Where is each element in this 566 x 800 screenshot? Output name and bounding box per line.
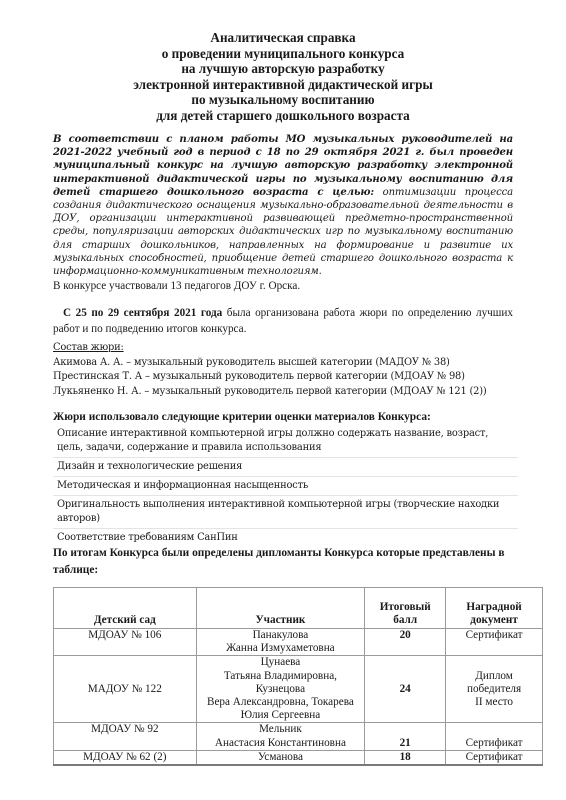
participant-line: Панакулова: [199, 629, 363, 642]
jury-member: Престинская Т. А – музыкальный руководит…: [53, 370, 523, 385]
criteria-item: Дизайн и технологические решения: [53, 458, 518, 477]
intro-paragraph: В соответствии с планом работы МО музыка…: [53, 133, 513, 278]
award-line: Диплом победителя: [448, 670, 540, 696]
participant-line: Мельник: [199, 723, 363, 736]
cell-kindergarten: МДОАУ № 92: [54, 723, 197, 750]
cell-score: 18: [365, 750, 446, 765]
award-line: II место: [448, 696, 540, 709]
participant-line: Кузнецова: [199, 683, 363, 696]
results-table: Детский сад Участник Итоговый балл Награ…: [53, 587, 543, 766]
table-header-row: Детский сад Участник Итоговый балл Награ…: [54, 588, 543, 629]
participant-line: Цунаева: [199, 656, 363, 669]
cell-score: 21: [365, 723, 446, 750]
header-participant: Участник: [196, 588, 365, 629]
results-title: По итогам Конкурса были определены дипло…: [53, 545, 518, 578]
header-award: Наградной документ: [446, 588, 543, 629]
jury-member: Лукьяненко Н. А. – музыкальный руководит…: [53, 385, 523, 400]
criteria-list: Описание интерактивной компьютерной игры…: [53, 425, 518, 547]
cell-participant: ЦунаеваТатьяна Владимировна,КузнецоваВер…: [196, 656, 365, 723]
title-line: для детей старшего дошкольного возраста: [60, 108, 506, 124]
award-line: Сертификат: [448, 629, 540, 642]
participant-line: Анастасия Константиновна: [199, 737, 363, 750]
document-page: Аналитическая справка о проведении муниц…: [0, 0, 566, 800]
criteria-item: Описание интерактивной компьютерной игры…: [53, 425, 518, 458]
intro-goal: оптимизации процесса создания дидактичес…: [53, 187, 513, 277]
award-line: Сертификат: [448, 751, 540, 764]
title-line: Аналитическая справка: [60, 30, 506, 46]
participant-line: Усманова: [199, 751, 363, 764]
cell-participant: Усманова: [196, 750, 365, 765]
document-title: Аналитическая справка о проведении муниц…: [60, 30, 506, 124]
participant-line: Юлия Сергеевна: [199, 709, 363, 722]
cell-kindergarten: МАДОУ № 122: [54, 656, 197, 723]
jury-work-dates: С 25 по 29 сентября 2021 года: [63, 307, 222, 319]
title-line: на лучшую авторскую разработку: [60, 61, 506, 77]
title-line: по музыкальному воспитанию: [60, 92, 506, 108]
cell-score: 24: [365, 656, 446, 723]
criteria-item: Методическая и информационная насыщеннос…: [53, 477, 518, 496]
criteria-item: Оригинальность выполнения интерактивной …: [53, 496, 518, 529]
results-table-body: МДОАУ № 106ПанакуловаЖанна Измухаметовна…: [54, 629, 543, 766]
cell-award: Сертификат: [446, 629, 543, 656]
table-row: МДОАУ № 106ПанакуловаЖанна Измухаметовна…: [54, 629, 543, 656]
table-row: МДОАУ № 62 (2)Усманова18Сертификат: [54, 750, 543, 765]
title-line: электронной интерактивной дидактической …: [60, 77, 506, 93]
table-row: МДОАУ № 92МельникАнастасия Константиновн…: [54, 723, 543, 750]
cell-award: Сертификат: [446, 750, 543, 765]
header-score: Итоговый балл: [365, 588, 446, 629]
header-kindergarten: Детский сад: [54, 588, 197, 629]
jury-member: Акимова А. А. – музыкальный руководитель…: [53, 356, 523, 371]
participants-paragraph: В конкурсе участвовали 13 педагогов ДОУ …: [53, 279, 513, 293]
cell-award: Сертификат: [446, 723, 543, 750]
participant-line: Вера Александровна, Токарева: [199, 696, 363, 709]
participant-line: Жанна Измухаметовна: [199, 642, 363, 655]
jury-work-paragraph: С 25 по 29 сентября 2021 года была орган…: [53, 305, 513, 337]
cell-kindergarten: МДОАУ № 62 (2): [54, 750, 197, 765]
jury-section: Состав жюри: Акимова А. А. – музыкальный…: [53, 341, 523, 399]
award-line: Сертификат: [448, 737, 540, 750]
cell-participant: МельникАнастасия Константиновна: [196, 723, 365, 750]
cell-kindergarten: МДОАУ № 106: [54, 629, 197, 656]
cell-participant: ПанакуловаЖанна Измухаметовна: [196, 629, 365, 656]
cell-score: 20: [365, 629, 446, 656]
participant-line: Татьяна Владимировна,: [199, 670, 363, 683]
table-row: МАДОУ № 122ЦунаеваТатьяна Владимировна,К…: [54, 656, 543, 723]
jury-title: Состав жюри:: [53, 341, 523, 356]
criteria-title: Жюри использовало следующие критерии оце…: [53, 410, 523, 424]
cell-award: Диплом победителяII место: [446, 656, 543, 723]
title-line: о проведении муниципального конкурса: [60, 46, 506, 62]
